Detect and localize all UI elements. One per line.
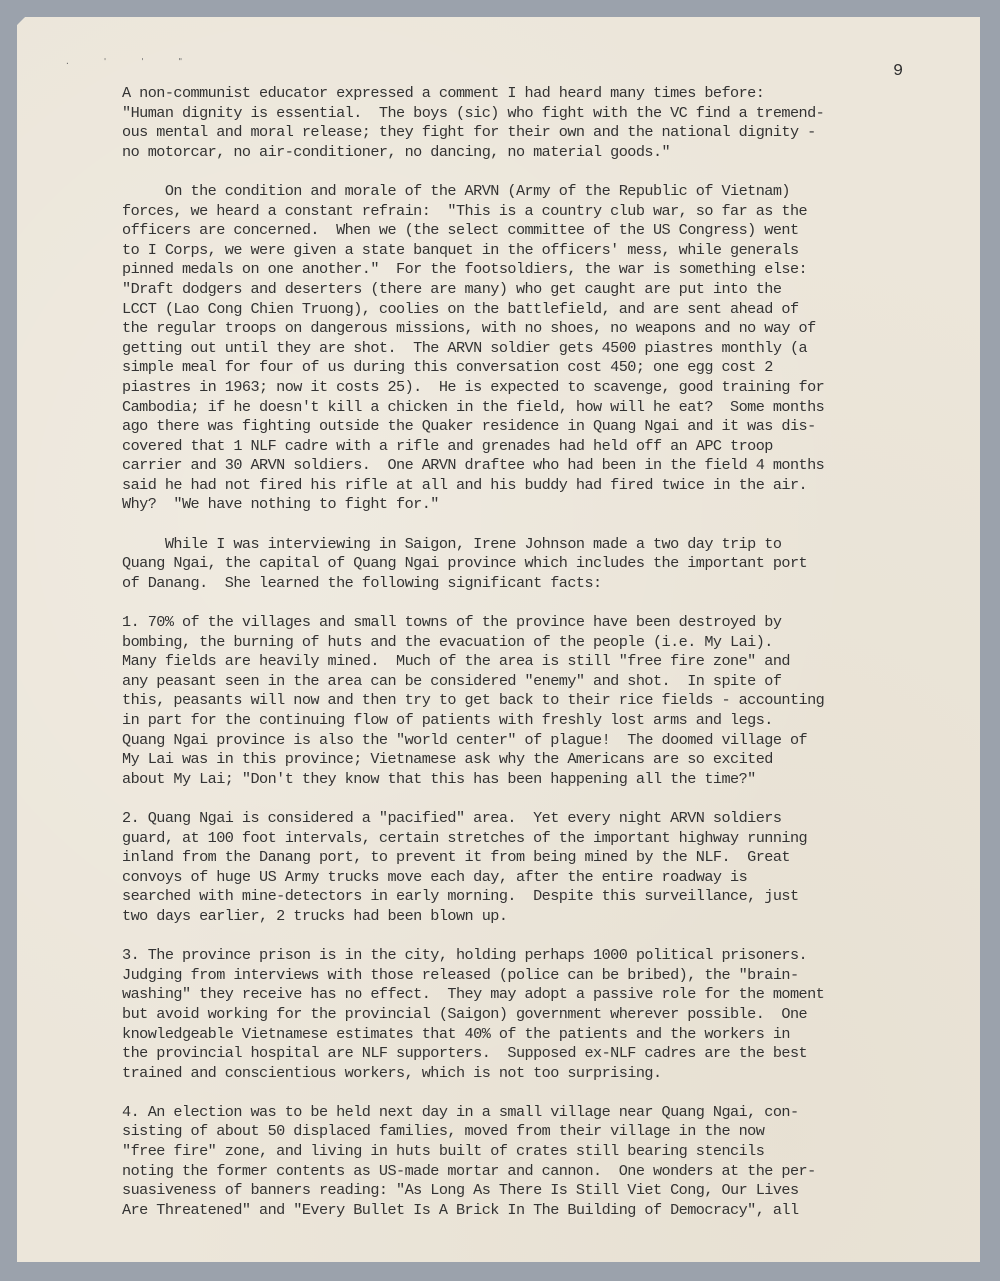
text-line: forces, we heard a constant refrain: "Th… <box>122 202 922 222</box>
text-line: 2. Quang Ngai is considered a "pacified"… <box>122 809 922 829</box>
text-line: Quang Ngai province is also the "world c… <box>122 731 922 751</box>
paragraph-irene-johnson-trip: While I was interviewing in Saigon, Iren… <box>122 535 922 594</box>
paragraph-fact-1: 1. 70% of the villages and small towns o… <box>122 613 922 789</box>
text-line: knowledgeable Vietnamese estimates that … <box>122 1025 922 1045</box>
paragraph-educator-quote: A non-communist educator expressed a com… <box>122 84 922 162</box>
text-line: Are Threatened" and "Every Bullet Is A B… <box>122 1201 922 1221</box>
text-line: Quang Ngai, the capital of Quang Ngai pr… <box>122 554 922 574</box>
text-line: but avoid working for the provincial (Sa… <box>122 1005 922 1025</box>
text-line: inland from the Danang port, to prevent … <box>122 848 922 868</box>
text-line: Why? "We have nothing to fight for." <box>122 495 922 515</box>
text-line: "free fire" zone, and living in huts bui… <box>122 1142 922 1162</box>
text-line: in part for the continuing flow of patie… <box>122 711 922 731</box>
text-line: no motorcar, no air-conditioner, no danc… <box>122 143 922 163</box>
text-line: 1. 70% of the villages and small towns o… <box>122 613 922 633</box>
text-line: "Draft dodgers and deserters (there are … <box>122 280 922 300</box>
text-line: While I was interviewing in Saigon, Iren… <box>122 535 922 555</box>
text-line: sisting of about 50 displaced families, … <box>122 1122 922 1142</box>
paragraph-arvn-morale: On the condition and morale of the ARVN … <box>122 182 922 515</box>
text-line: bombing, the burning of huts and the eva… <box>122 633 922 653</box>
text-line: searched with mine-detectors in early mo… <box>122 887 922 907</box>
text-line: this, peasants will now and then try to … <box>122 691 922 711</box>
text-line: A non-communist educator expressed a com… <box>122 84 922 104</box>
paragraph-fact-2: 2. Quang Ngai is considered a "pacified"… <box>122 809 922 927</box>
text-line: noting the former contents as US-made mo… <box>122 1162 922 1182</box>
text-line: the provincial hospital are NLF supporte… <box>122 1044 922 1064</box>
text-line: LCCT (Lao Cong Chien Truong), coolies on… <box>122 300 922 320</box>
text-line: Many fields are heavily mined. Much of t… <box>122 652 922 672</box>
text-line: My Lai was in this province; Vietnamese … <box>122 750 922 770</box>
text-line: "Human dignity is essential. The boys (s… <box>122 104 922 124</box>
text-line: getting out until they are shot. The ARV… <box>122 339 922 359</box>
text-line: about My Lai; "Don't they know that this… <box>122 770 922 790</box>
text-line: suasiveness of banners reading: "As Long… <box>122 1181 922 1201</box>
text-line: 4. An election was to be held next day i… <box>122 1103 922 1123</box>
text-line: On the condition and morale of the ARVN … <box>122 182 922 202</box>
paragraph-fact-4: 4. An election was to be held next day i… <box>122 1103 922 1221</box>
text-line: ago there was fighting outside the Quake… <box>122 417 922 437</box>
text-line: simple meal for four of us during this c… <box>122 358 922 378</box>
page-number: 9 <box>893 62 903 81</box>
text-line: any peasant seen in the area can be cons… <box>122 672 922 692</box>
text-line: the regular troops on dangerous missions… <box>122 319 922 339</box>
text-line: carrier and 30 ARVN soldiers. One ARVN d… <box>122 456 922 476</box>
text-line: of Danang. She learned the following sig… <box>122 574 922 594</box>
text-line: Cambodia; if he doesn't kill a chicken i… <box>122 398 922 418</box>
text-line: trained and conscientious workers, which… <box>122 1064 922 1084</box>
text-line: Judging from interviews with those relea… <box>122 966 922 986</box>
text-line: officers are concerned. When we (the sel… <box>122 221 922 241</box>
text-line: washing" they receive has no effect. The… <box>122 985 922 1005</box>
text-line: piastres in 1963; now it costs 25). He i… <box>122 378 922 398</box>
text-line: said he had not fired his rifle at all a… <box>122 476 922 496</box>
text-line: two days earlier, 2 trucks had been blow… <box>122 907 922 927</box>
text-line: 3. The province prison is in the city, h… <box>122 946 922 966</box>
text-line: guard, at 100 foot intervals, certain st… <box>122 829 922 849</box>
paragraph-fact-3: 3. The province prison is in the city, h… <box>122 946 922 1083</box>
document-body: A non-communist educator expressed a com… <box>122 84 922 1220</box>
text-line: pinned medals on one another." For the f… <box>122 260 922 280</box>
text-line: covered that 1 NLF cadre with a rifle an… <box>122 437 922 457</box>
text-line: to I Corps, we were given a state banque… <box>122 241 922 261</box>
text-line: ous mental and moral release; they fight… <box>122 123 922 143</box>
margin-marks: . ' ' " <box>65 57 197 66</box>
text-line: convoys of huge US Army trucks move each… <box>122 868 922 888</box>
